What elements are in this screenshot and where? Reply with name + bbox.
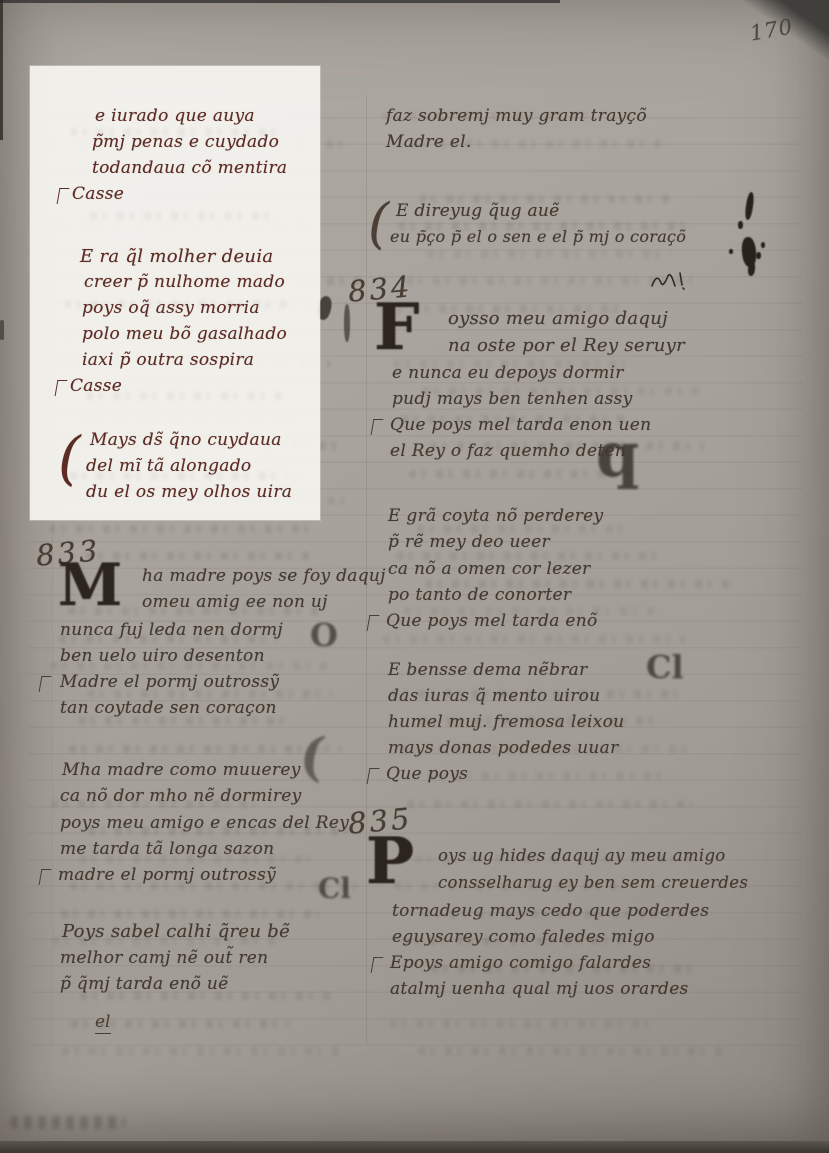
text-line: omeu amig ee non uj: [142, 592, 328, 612]
ink-offset-stain-cl: Cl: [646, 648, 684, 686]
text-line: atalmj uenha qual mj uos orardes: [390, 979, 689, 999]
text-line: Que poys: [386, 764, 468, 784]
refrain-line: Casse: [72, 184, 124, 204]
bottom-margin-smudge: [10, 1116, 125, 1129]
text-line: ha madre poys se foy daquj: [142, 566, 386, 586]
text-line: Mha madre como muuerey: [62, 760, 301, 780]
show-through-text-row: [383, 635, 686, 643]
text-line: E bensse dema nẽbrar: [388, 660, 588, 680]
text-line: me tarda tã longa sazon: [60, 839, 274, 859]
text-line: du el os mey olhos uira: [86, 482, 292, 502]
text-line: e nunca eu depoys dormir: [392, 363, 624, 383]
show-through-text-row: [49, 525, 309, 533]
manuscript-scan-page: { "colors": { "paper": "#a9a49d", "highl…: [0, 0, 829, 1153]
text-line: Que poys mel tarda enõ: [386, 611, 598, 631]
text-line: Mays ds̃ q̃no cuydaua: [90, 430, 282, 450]
text-line: das iuras q̃ mento uirou: [388, 686, 600, 706]
text-line: p̃ q̃mj tarda enõ uẽ: [60, 974, 229, 994]
refrain-line: Casse: [70, 376, 122, 396]
text-line: poys meu amigo e encas del Rey: [60, 813, 349, 833]
ink-offset-stain-o: O: [310, 616, 338, 654]
text-line: polo meu bõ gasalhado: [82, 324, 287, 344]
text-line: Que poys mel tarda enon uen: [390, 415, 651, 435]
illuminated-initial-P: P: [366, 830, 414, 894]
text-line: mays donas podedes uuar: [388, 738, 619, 758]
stanza-paren-mark: (: [58, 424, 81, 492]
show-through-text-row: [389, 1020, 650, 1028]
text-line: na oste por el Rey seruyr: [448, 335, 685, 356]
show-through-text-row: [427, 250, 672, 258]
text-line: poys oq̃ assy morria: [82, 298, 260, 318]
text-line: iaxi p̃ outra sospira: [82, 350, 254, 370]
text-line: creer p̃ nulhome mado: [84, 272, 285, 292]
text-line: E direyug q̃ug auẽ: [396, 201, 560, 221]
show-through-text-row: [407, 800, 692, 808]
text-line: p̃ rẽ mey deo ueer: [388, 532, 550, 552]
marginal-flourish: [650, 268, 692, 292]
ink-blot: [761, 242, 765, 248]
text-line: po tanto de conorter: [388, 585, 571, 605]
show-through-text-row: [418, 1047, 726, 1055]
text-line: Epoys amigo comigo falardes: [390, 953, 651, 973]
text-line: humel muj. fremosa leixou: [388, 712, 624, 732]
ink-blot: [729, 249, 733, 254]
text-line: del mĩ tã alongado: [86, 456, 251, 476]
ink-offset-stain-cl2: Cl: [318, 872, 351, 905]
text-line: E ra q̃l molher deuia: [80, 246, 273, 267]
text-line: nunca fuj leda nen dormj: [60, 620, 283, 640]
text-line: ca nõ a omen cor lezer: [388, 559, 590, 579]
text-line: E grã coyta nõ perderey: [388, 506, 603, 526]
text-line: oys ug hides daquj ay meu amigo: [438, 846, 726, 865]
text-line: eguysarey como faledes migo: [392, 927, 655, 947]
text-line: tornadeug mays cedo que poderdes: [392, 901, 709, 921]
text-line: ben uelo uiro desenton: [60, 646, 265, 666]
text-line: Madre el pormj outrossỹ: [60, 672, 279, 692]
text-line: faz sobremj muy gram trayçõ: [386, 106, 647, 126]
text-line: Madre el.: [386, 132, 472, 152]
text-line: eu p̃ço p̃ el o sen e el p̃ mj o coraçõ: [390, 227, 686, 246]
text-line: el Rey o faz quemho deten: [390, 441, 626, 461]
text-line: tan coytade sen coraçon: [60, 698, 277, 718]
show-through-text-row: [61, 910, 320, 918]
text-line: todandaua cõ mentira: [92, 158, 287, 178]
show-through-text-row: [78, 717, 290, 725]
text-line: p̃mj penas e cuydado: [92, 132, 279, 152]
ink-blot: [756, 252, 761, 259]
catchword: el: [95, 1012, 111, 1034]
show-through-text-row: [62, 1047, 341, 1055]
text-line: e iurado que auya: [95, 106, 255, 126]
illuminated-initial-F: F: [374, 296, 419, 360]
ink-blot: [738, 221, 743, 229]
text-line: madre el pormj outrossỹ: [58, 865, 276, 885]
illuminated-initial-M: M: [58, 556, 122, 614]
text-line: melhor camj nẽ out̃ ren: [60, 948, 268, 968]
text-line: pudj mays ben tenhen assy: [392, 389, 633, 409]
stanza-paren-mark: (: [368, 192, 389, 255]
text-line: ca nõ dor mho nẽ dormirey: [60, 786, 302, 806]
ink-blot: [344, 304, 350, 342]
text-line: oysso meu amigo daquj: [448, 308, 668, 329]
text-line: consselharug ey ben sem creuerdes: [438, 873, 748, 892]
show-through-text-row: [90, 212, 270, 220]
text-line: Poys sabel calhi q̃reu bẽ: [62, 921, 290, 942]
